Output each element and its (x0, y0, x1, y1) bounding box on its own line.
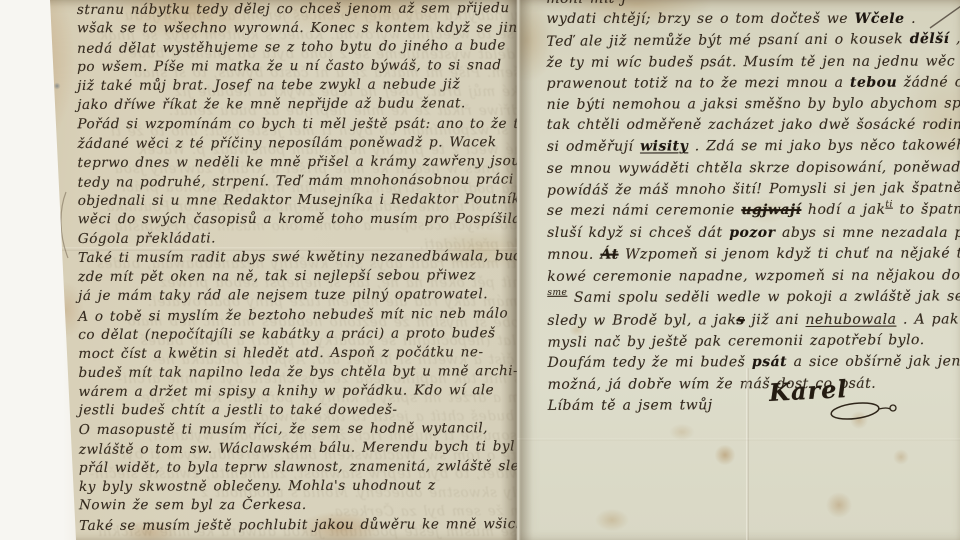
handwriting-line: teprwo dnes w neděli ke mně přišel a krá… (78, 152, 517, 173)
left-page-text: stranu nábytku tedy dělej co chceš jenom… (77, 0, 517, 536)
handwriting-line: sme Sami spolu seděli wedle w pokoji a z… (547, 286, 960, 311)
handwriting-line: Gógola překládati. (78, 228, 517, 249)
handwriting-line: přál widět, to byla teprw slawnost, znam… (79, 457, 517, 478)
handwriting-line: budeš mít tak napilno leda že bys chtěla… (78, 362, 517, 383)
handwriting-line: zde mít pět oken na ně, tak si nejlepší … (78, 266, 517, 287)
handwriting-line: sluší když si chceš dát pozor abys si mn… (547, 223, 960, 244)
handwriting-line: po wšem. Píše mi matka že u ní často býw… (77, 56, 517, 77)
handwriting-line: powídáš že máš mnoho šití! Pomysli si je… (547, 177, 960, 202)
handwriting-line: sledy w Brodě byl, a jaks již ani nehubo… (547, 309, 960, 332)
handwriting-line: prawenout totiž na to že mezi mnou a teb… (547, 72, 960, 95)
handwriting-line: Doufám tedy že mi budeš psát a sice obší… (548, 352, 960, 375)
handwriting-line: se mnou wywáděti chtěla skrze dopisowání… (547, 157, 960, 180)
handwriting-line: wěci do swých časopisů a kromě toho musí… (78, 210, 517, 230)
right-page-horizontal-crease (517, 438, 960, 441)
handwriting-line: wšak se to wšechno wyrowná. Konec s kont… (77, 19, 517, 39)
right-page-text: mohl mít jwydati chtějí; brzy se o tom d… (546, 0, 960, 417)
pen-stroke-icon (925, 2, 960, 32)
scanned-letter-root: stranu nábytku tedy dělej co chceš jenom… (0, 0, 960, 540)
handwriting-line: tak chtěli odměřeně zacházet jako dwě šo… (547, 115, 960, 136)
handwriting-line: wydati chtějí; brzy se o tom dočteš we W… (546, 9, 960, 30)
handwriting-line: nie býti nemohou a jaksi směšno by bylo … (547, 93, 960, 116)
handwriting-line: již také můj brat. Josef na tebe zwykl a… (77, 75, 517, 96)
handwriting-line: wárem a držet mi spisy a knihy w pořádku… (79, 381, 517, 402)
handwriting-line: zwláště o tom sw. Wáclawském bálu. Meren… (79, 437, 517, 460)
handwriting-line: Také ti musím radit abys swé kwětiny nez… (78, 247, 517, 268)
handwriting-line: stranu nábytku tedy dělej co chceš jenom… (77, 0, 517, 20)
handwriting-line: objednali si u mne Redaktor Musejníka i … (78, 190, 517, 211)
handwriting-line: kowé ceremonie napadne, wzpomeň si na ně… (547, 265, 960, 288)
handwriting-line: možná, já dobře wím že máš dost co psát. (548, 373, 960, 396)
handwriting-line: žádané wěci z té příčiny neposílám poněw… (77, 133, 517, 154)
handwriting-line: moct číst a kwětin si hledět atd. Aspoň … (78, 343, 517, 364)
handwriting-line: Pořád si wzpomínám co bych ti měl ještě … (77, 114, 517, 134)
letter-page-right: mohl mít jwydati chtějí; brzy se o tom d… (517, 0, 960, 540)
handwriting-line: jestli budeš chtít a jestli to také dowe… (79, 401, 517, 421)
handwriting-line: nedá dělat wystěhujeme se z toho bytu do… (77, 36, 517, 59)
signature-block: Karel (769, 376, 847, 405)
handwriting-line: Teď ale již nemůže být mé psaní ani o ko… (546, 29, 960, 54)
handwriting-line: že ty mi wíc budeš psát. Musím tě jen na… (546, 51, 960, 74)
handwriting-line: se mezi námi ceremonie ugjwají hodí a ja… (547, 199, 960, 224)
handwriting-line: ky byly skwostně oblečeny. Mohla's uhodn… (79, 476, 517, 497)
handwriting-line: si odměřují wisity . Zdá se mi jako bys … (547, 136, 960, 159)
handwriting-line: Nowin že sem byl za Čerkesa. (79, 496, 517, 516)
letter-page-left: stranu nábytku tedy dělej co chceš jenom… (0, 0, 517, 540)
handwriting-line: jako dříwe říkat že ke mně nepřijde až b… (77, 94, 517, 115)
handwriting-line: A o tobě si myslím že beztoho nebudeš mí… (78, 304, 517, 327)
signature-flourish-icon (829, 398, 899, 424)
handwriting-line: mnou. Át Wzpomeň si jenom když ti chuť n… (547, 244, 960, 267)
handwriting-line: Také se musím ještě pochlubit jakou důwě… (79, 515, 517, 536)
handwriting-line: co dělat (nepočítajíli se kabátky a prác… (78, 324, 517, 345)
handwriting-line: tedy na podruhé, strpení. Teď mám mnohon… (78, 170, 517, 193)
handwriting-line: mysli nač by ještě pak ceremonii zapotře… (547, 330, 960, 355)
handwriting-line: já je mám taky rád ale nejsem tuze pilný… (78, 285, 517, 306)
